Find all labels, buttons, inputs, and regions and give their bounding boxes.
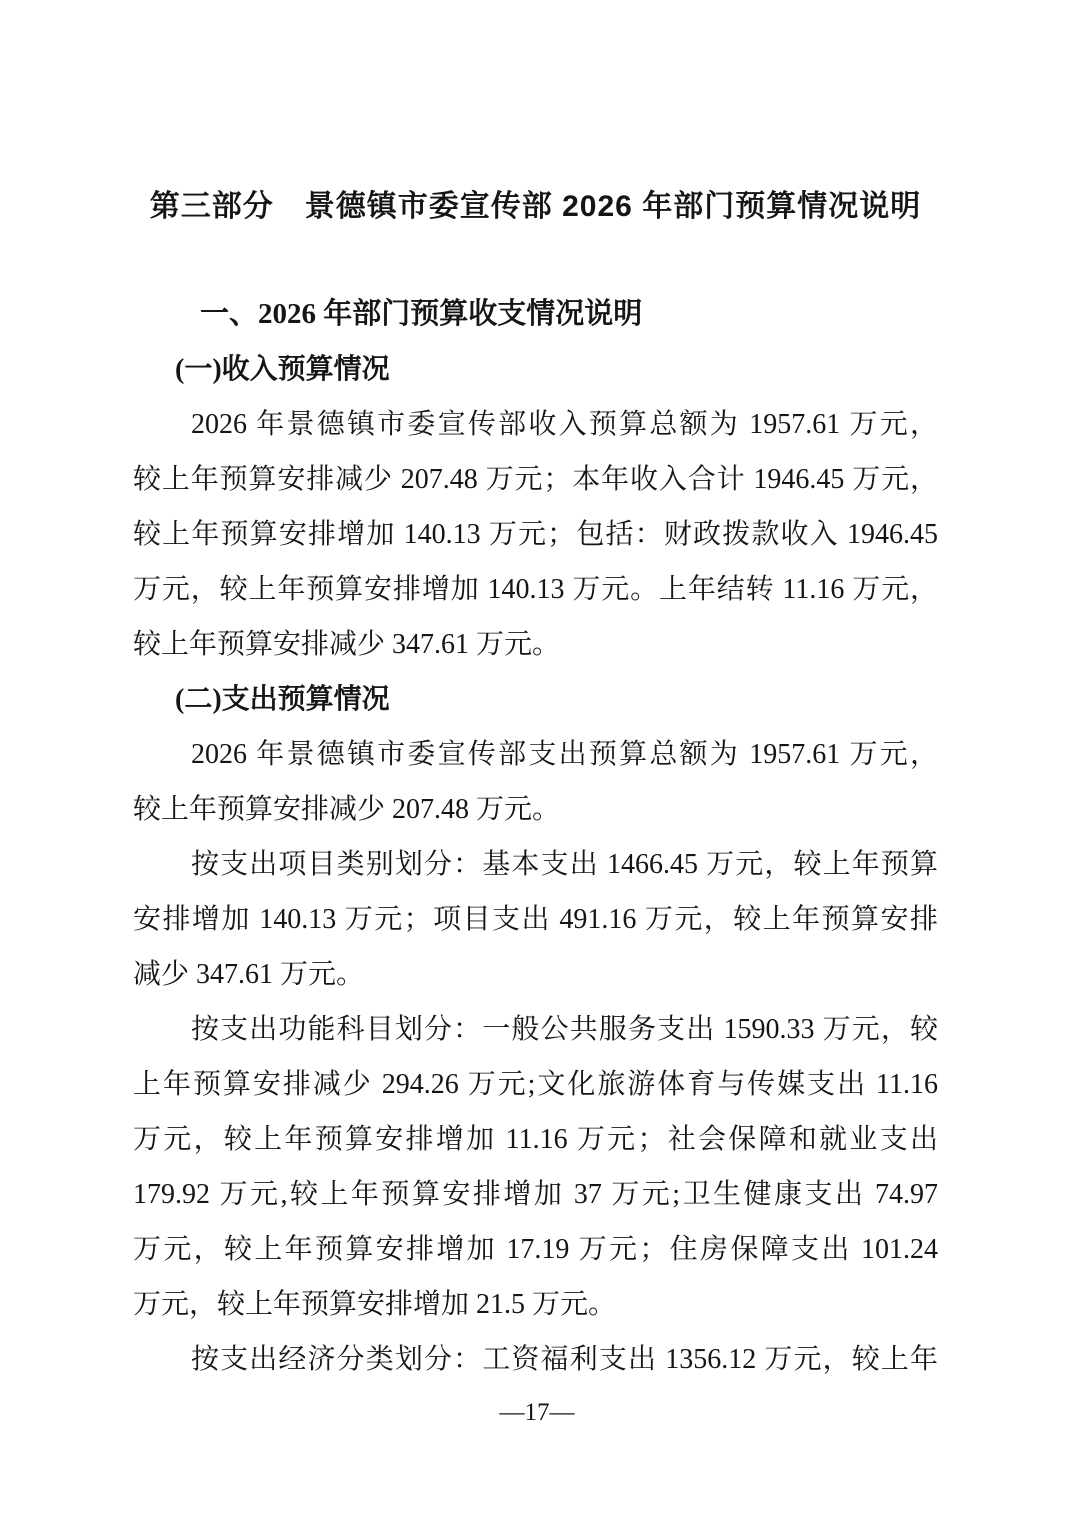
paragraph-line: 较上年预算安排减少 207.48 万元；本年收入合计 1946.45 万元， xyxy=(133,452,938,507)
document-page: 第三部分 景德镇市委宣传部 2026 年部门预算情况说明 一、2026 年部门预… xyxy=(0,0,1074,1520)
paragraph-line: 上年预算安排减少 294.26 万元;文化旅游体育与传媒支出 11.16 xyxy=(133,1057,938,1112)
paragraph-line: 2026 年景德镇市委宣传部支出预算总额为 1957.61 万元， xyxy=(133,727,938,782)
paragraph-line: 万元，较上年预算安排增加 17.19 万元；住房保障支出 101.24 xyxy=(133,1222,938,1277)
paragraph-line: 万元，较上年预算安排增加 11.16 万元；社会保障和就业支出 xyxy=(133,1112,938,1167)
paragraph-line: 较上年预算安排减少 347.61 万元。 xyxy=(133,617,938,672)
paragraph-line: 按支出项目类别划分：基本支出 1466.45 万元，较上年预算 xyxy=(133,837,938,892)
paragraph-line: 按支出经济分类划分：工资福利支出 1356.12 万元，较上年 xyxy=(133,1332,938,1387)
page-number: —17— xyxy=(0,1398,1074,1428)
paragraph-line: 减少 347.61 万元。 xyxy=(133,947,938,1002)
paragraph-line: 较上年预算安排增加 140.13 万元；包括：财政拨款收入 1946.45 xyxy=(133,507,938,562)
subsection-heading-income: (一)收入预算情况 xyxy=(133,342,938,397)
section-heading-1: 一、2026 年部门预算收支情况说明 xyxy=(133,287,938,342)
subsection-heading-expense: (二)支出预算情况 xyxy=(133,672,938,727)
paragraph-line: 较上年预算安排减少 207.48 万元。 xyxy=(133,782,938,837)
paragraph-line: 按支出功能科目划分：一般公共服务支出 1590.33 万元，较 xyxy=(133,1002,938,1057)
paragraph-line: 万元，较上年预算安排增加 140.13 万元。上年结转 11.16 万元， xyxy=(133,562,938,617)
paragraph-line: 179.92 万元,较上年预算安排增加 37 万元;卫生健康支出 74.97 xyxy=(133,1167,938,1222)
paragraph-line: 2026 年景德镇市委宣传部收入预算总额为 1957.61 万元， xyxy=(133,397,938,452)
document-body: 第三部分 景德镇市委宣传部 2026 年部门预算情况说明 一、2026 年部门预… xyxy=(133,179,938,1387)
paragraph-line: 安排增加 140.13 万元；项目支出 491.16 万元，较上年预算安排 xyxy=(133,892,938,947)
document-title: 第三部分 景德镇市委宣传部 2026 年部门预算情况说明 xyxy=(133,179,938,234)
paragraph-line: 万元，较上年预算安排增加 21.5 万元。 xyxy=(133,1277,938,1332)
